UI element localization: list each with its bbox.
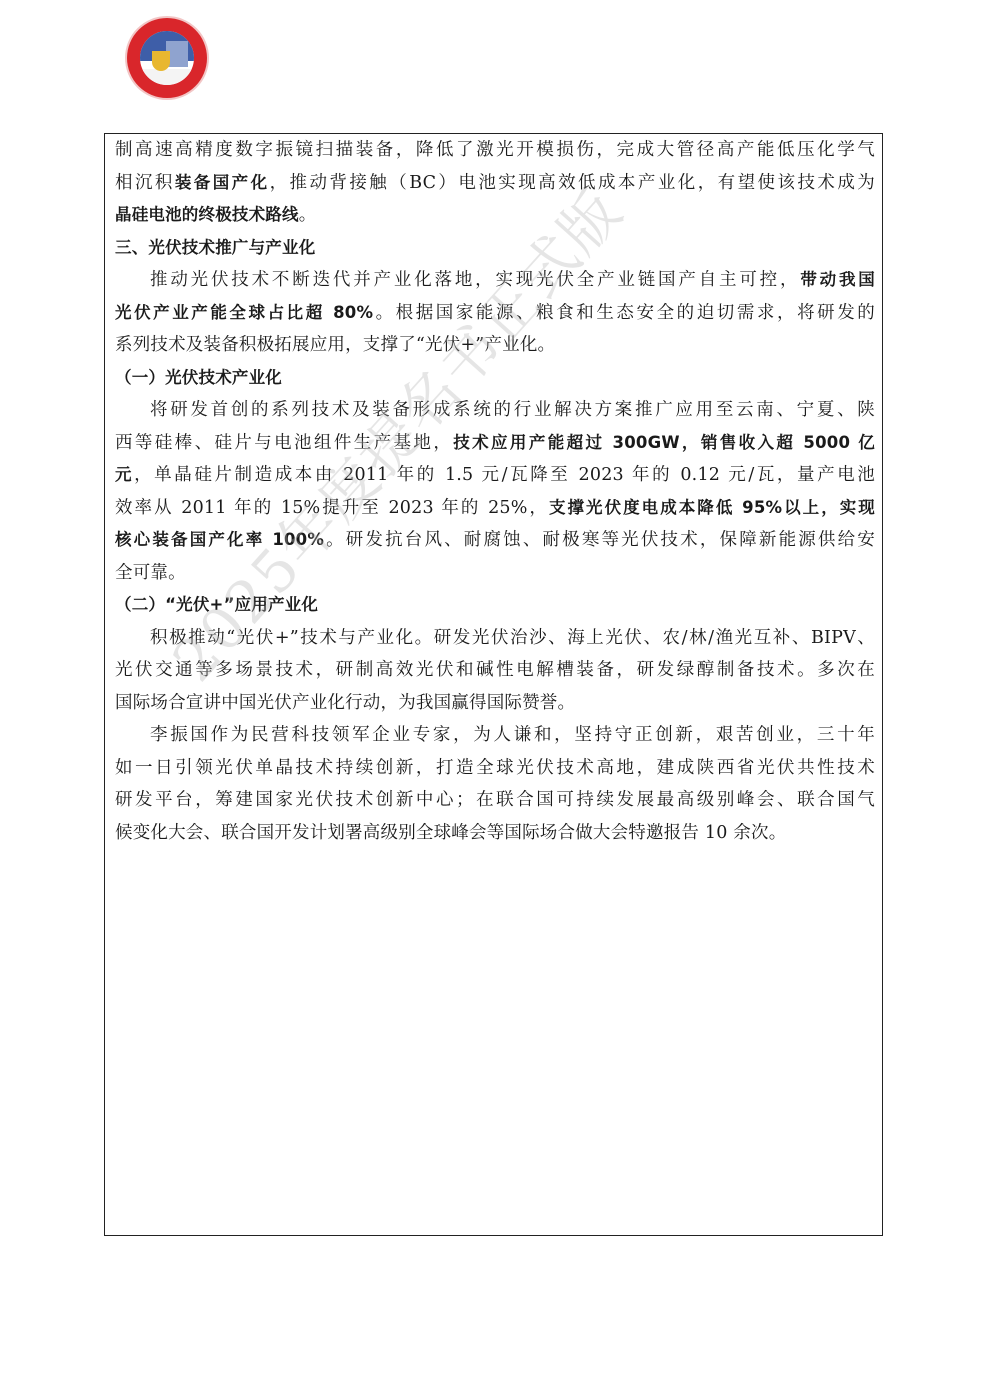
continued-paragraph: 制高速高精度数字振镜扫描装备，降低了激光开模损伤，完成大管径高产能低压化学气相沉… — [115, 134, 875, 232]
text-run: ，推动背接触（BC）电池实现高效低成本产业化，有望使该技术成为 — [270, 173, 875, 193]
text-line: 西等硅棒、硅片与电池组件生产基地，技术应用产能超过 300GW，销售收入超 50… — [115, 427, 875, 460]
text-run: 相沉积 — [115, 173, 175, 193]
text-line: 如一日引领光伏单晶技术持续创新，打造全球光伏技术高地，建成陕西省光伏共性技术 — [115, 752, 875, 785]
text-line: 国际场合宣讲中国光伏产业化行动，为我国赢得国际赞誉。 — [115, 687, 875, 720]
text-line: 效率从 2011 年的 15%提升至 2023 年的 25%，支撑光伏度电成本降… — [115, 492, 875, 525]
bold-text-run: 晶硅电池的终极技术路线 — [115, 205, 299, 224]
text-run: 全可靠。 — [115, 563, 186, 583]
subsection-2-heading: （二）“光伏+”应用产业化 — [115, 589, 875, 622]
text-line: 元，单晶硅片制造成本由 2011 年的 1.5 元/瓦降至 2023 年的 0.… — [115, 459, 875, 492]
text-line: 光伏产业产能全球占比超 80%。根据国家能源、粮食和生态安全的迫切需求，将研发的 — [115, 297, 875, 330]
text-line: 系列技术及装备积极拓展应用，支撑了“光伏+”产业化。 — [115, 329, 875, 362]
text-run: 候变化大会、联合国开发计划署高级别全球峰会等国际场合做大会特邀报告 10 余次。 — [115, 823, 786, 843]
bold-text-run: 装备国产化 — [175, 173, 270, 192]
text-run: 如一日引领光伏单晶技术持续创新，打造全球光伏技术高地，建成陕西省光伏共性技术 — [115, 758, 875, 778]
bold-text-run: 光伏产业产能全球占比超 80% — [115, 303, 373, 322]
text-run: 制高速高精度数字振镜扫描装备，降低了激光开模损伤，完成大管径高产能低压化学气 — [115, 140, 875, 160]
text-run: 李振国作为民营科技领军企业专家，为人谦和，坚持守正创新，艰苦创业，三十年 — [150, 725, 875, 745]
text-run: 西等硅棒、硅片与电池组件生产基地， — [115, 433, 453, 453]
text-run: ，单晶硅片制造成本由 2011 年的 1.5 元/瓦降至 2023 年的 0.1… — [134, 465, 875, 485]
bold-text-run: 元 — [115, 465, 134, 484]
document-body: 制高速高精度数字振镜扫描装备，降低了激光开模损伤，完成大管径高产能低压化学气相沉… — [115, 134, 875, 849]
text-run: 国际场合宣讲中国光伏产业化行动，为我国赢得国际赞誉。 — [115, 693, 575, 713]
text-line: 相沉积装备国产化，推动背接触（BC）电池实现高效低成本产业化，有望使该技术成为 — [115, 167, 875, 200]
bold-text-run: 带动我国 — [800, 270, 875, 289]
organization-seal-logo — [127, 18, 207, 98]
text-run: 研发平台，筹建国家光伏技术创新中心；在联合国可持续发展最高级别峰会、联合国气 — [115, 790, 875, 810]
text-run: 积极推动“光伏+”技术与产业化。研发光伏治沙、海上光伏、农/林/渔光互补、BIP… — [150, 628, 875, 648]
text-line: 推动光伏技术不断迭代并产业化落地，实现光伏全产业链国产自主可控，带动我国 — [115, 264, 875, 297]
text-line: 全可靠。 — [115, 557, 875, 590]
closing-paragraph: 李振国作为民营科技领军企业专家，为人谦和，坚持守正创新，艰苦创业，三十年如一日引… — [115, 719, 875, 849]
bold-text-run: 技术应用产能超过 300GW，销售收入超 5000 亿 — [453, 433, 875, 452]
text-run: 。根据国家能源、粮食和生态安全的迫切需求，将研发的 — [373, 303, 875, 323]
subsection-2-paragraph: 积极推动“光伏+”技术与产业化。研发光伏治沙、海上光伏、农/林/渔光互补、BIP… — [115, 622, 875, 720]
text-line: 将研发首创的系列技术及装备形成系统的行业解决方案推广应用至云南、宁夏、陕 — [115, 394, 875, 427]
text-run: 效率从 2011 年的 15%提升至 2023 年的 25%， — [115, 498, 549, 518]
seal-emblem-icon — [140, 31, 194, 85]
text-line: 制高速高精度数字振镜扫描装备，降低了激光开模损伤，完成大管径高产能低压化学气 — [115, 134, 875, 167]
subsection-1-heading: （一）光伏技术产业化 — [115, 362, 875, 395]
text-run: 光伏交通等多场景技术，研制高效光伏和碱性电解槽装备，研发绿醇制备技术。多次在 — [115, 660, 875, 680]
bold-text-run: 支撑光伏度电成本降低 95%以上，实现 — [549, 498, 875, 517]
text-run: 。 — [299, 205, 317, 225]
subsection-1-paragraph: 将研发首创的系列技术及装备形成系统的行业解决方案推广应用至云南、宁夏、陕西等硅棒… — [115, 394, 875, 589]
text-line: 候变化大会、联合国开发计划署高级别全球峰会等国际场合做大会特邀报告 10 余次。 — [115, 817, 875, 850]
text-line: 积极推动“光伏+”技术与产业化。研发光伏治沙、海上光伏、农/林/渔光互补、BIP… — [115, 622, 875, 655]
text-run: 推动光伏技术不断迭代并产业化落地，实现光伏全产业链国产自主可控， — [150, 270, 800, 290]
text-line: 核心装备国产化率 100%。研发抗台风、耐腐蚀、耐极寒等光伏技术，保障新能源供给… — [115, 524, 875, 557]
text-line: 李振国作为民营科技领军企业专家，为人谦和，坚持守正创新，艰苦创业，三十年 — [115, 719, 875, 752]
section-3-heading: 三、光伏技术推广与产业化 — [115, 232, 875, 265]
section-3-intro-paragraph: 推动光伏技术不断迭代并产业化落地，实现光伏全产业链国产自主可控，带动我国光伏产业… — [115, 264, 875, 362]
text-line: 光伏交通等多场景技术，研制高效光伏和碱性电解槽装备，研发绿醇制备技术。多次在 — [115, 654, 875, 687]
text-run: 将研发首创的系列技术及装备形成系统的行业解决方案推广应用至云南、宁夏、陕 — [150, 400, 875, 420]
text-line: 晶硅电池的终极技术路线。 — [115, 199, 875, 232]
text-run: 。研发抗台风、耐腐蚀、耐极寒等光伏技术，保障新能源供给安 — [324, 530, 875, 550]
text-line: 研发平台，筹建国家光伏技术创新中心；在联合国可持续发展最高级别峰会、联合国气 — [115, 784, 875, 817]
document-content-box: 制高速高精度数字振镜扫描装备，降低了激光开模损伤，完成大管径高产能低压化学气相沉… — [104, 133, 883, 1236]
text-run: 系列技术及装备积极拓展应用，支撑了“光伏+”产业化。 — [115, 335, 555, 355]
bold-text-run: 核心装备国产化率 100% — [115, 530, 324, 549]
